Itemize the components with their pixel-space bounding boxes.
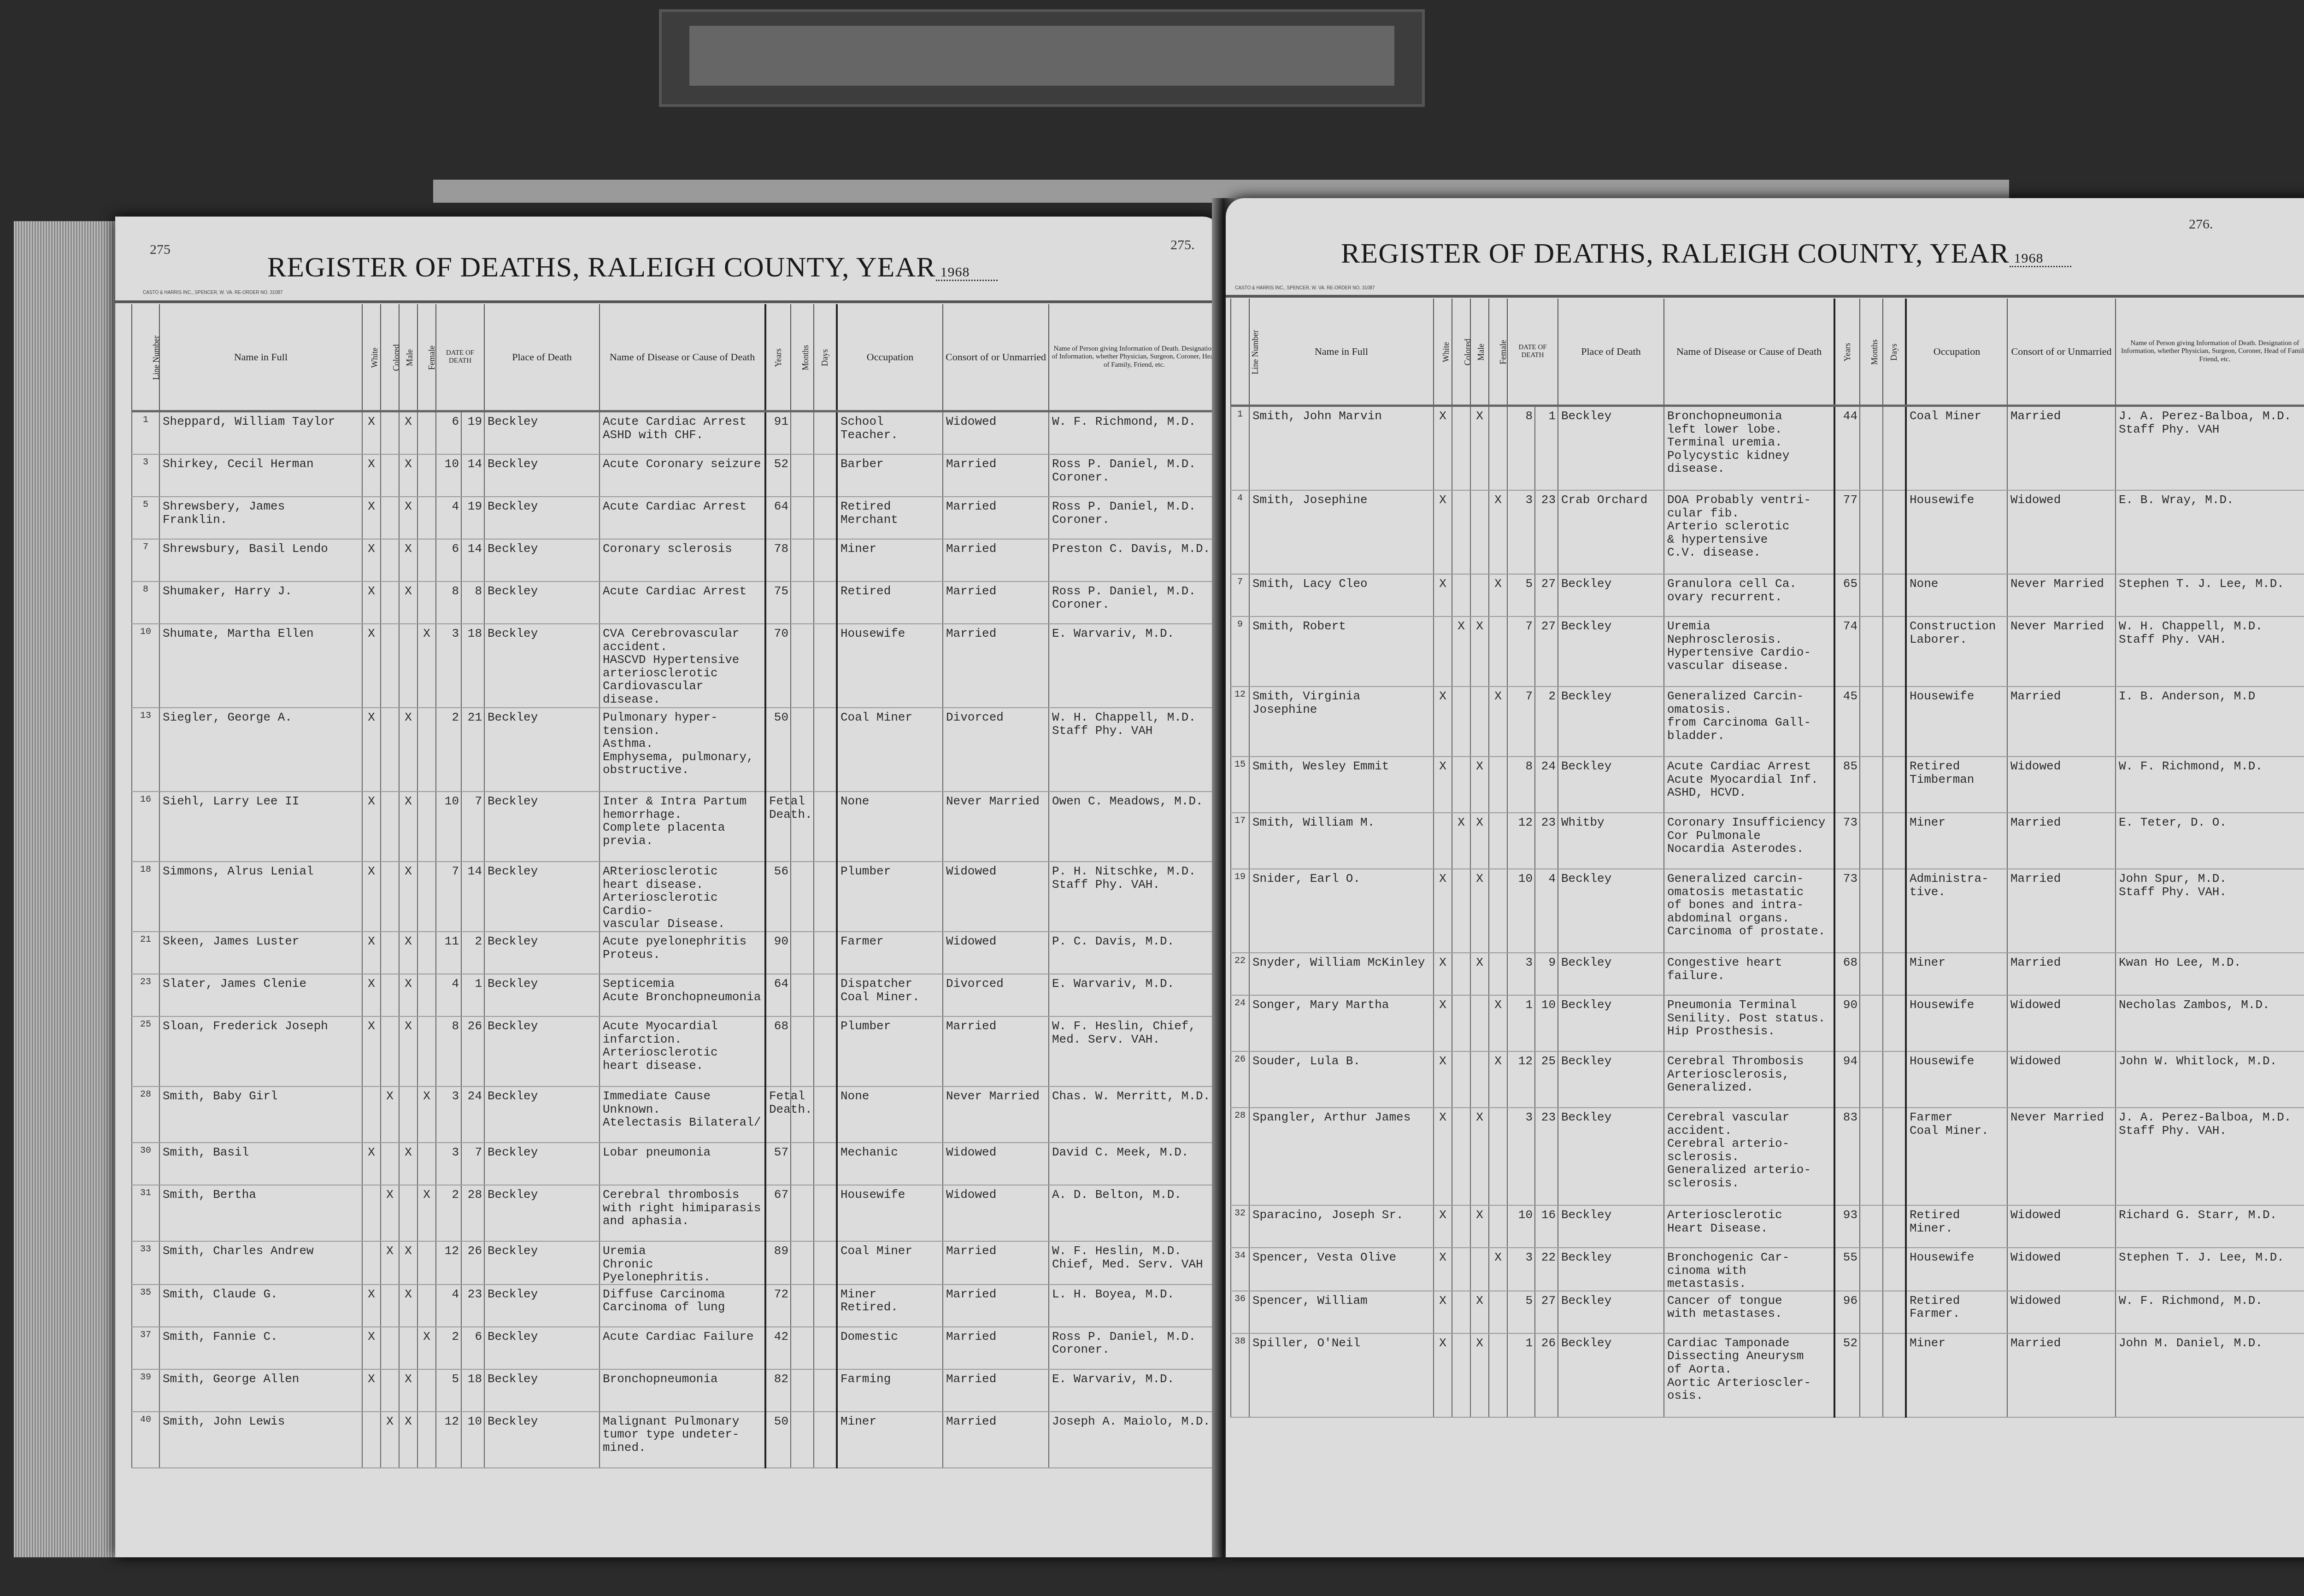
female-mark (417, 974, 436, 1016)
place-cell: Beckley (1558, 1333, 1664, 1417)
consort-cell: Widowed (943, 862, 1049, 932)
colored-mark (1452, 1333, 1470, 1417)
female-mark (417, 1016, 436, 1086)
death-day: 16 (1535, 1205, 1558, 1248)
age-years: Fetal Death. (765, 1086, 791, 1143)
place-cell: Beckley (1558, 757, 1664, 813)
source-cell: Owen C. Meadows, M.D. (1049, 792, 1219, 862)
name-cell: Shumaker, Harry J. (159, 581, 362, 624)
age-months (791, 1285, 814, 1327)
female-mark (417, 1143, 436, 1185)
female-mark (1489, 1291, 1507, 1333)
cause-cell: Septicemia Acute Bronchopneumonia (600, 974, 765, 1016)
table-row: 39Smith, George AllenXX518BeckleyBroncho… (132, 1369, 1219, 1412)
header-rule (1226, 295, 2304, 298)
consort-cell: Married (943, 1241, 1049, 1285)
age-years: 83 (1834, 1108, 1860, 1205)
colored-mark (381, 411, 399, 455)
table-row: 23Slater, James ClenieXX41BeckleySeptice… (132, 974, 1219, 1016)
death-month: 10 (436, 454, 461, 497)
name-cell: Spencer, Vesta Olive (1249, 1248, 1434, 1291)
col-colored: Colored (381, 304, 399, 411)
occupation-cell: Farmer Coal Miner. (1906, 1108, 2007, 1205)
place-cell: Beckley (484, 539, 600, 581)
age-months (1860, 813, 1883, 869)
white-mark: X (362, 624, 381, 708)
consort-cell: Widowed (943, 1185, 1049, 1241)
death-month: 7 (1507, 616, 1535, 687)
death-day: 2 (1535, 687, 1558, 757)
colored-mark (381, 454, 399, 497)
death-day: 18 (461, 1369, 484, 1412)
line-number: 16 (132, 792, 159, 862)
cause-cell: Generalized Carcin- omatosis. from Carci… (1664, 687, 1834, 757)
female-mark: X (1489, 1248, 1507, 1291)
age-months (791, 1412, 814, 1468)
line-number: 24 (1231, 995, 1249, 1051)
age-days (814, 539, 837, 581)
occupation-cell: Retired Farmer. (1906, 1291, 2007, 1333)
source-cell: W. F. Heslin, Chief, Med. Serv. VAH. (1049, 1016, 1219, 1086)
colored-mark (1452, 953, 1470, 995)
cause-cell: Arteriosclerotic Heart Disease. (1664, 1205, 1834, 1248)
death-day: 9 (1535, 953, 1558, 995)
place-cell: Beckley (1558, 1108, 1664, 1205)
age-months (791, 974, 814, 1016)
death-day: 10 (461, 1412, 484, 1468)
source-cell: Ross P. Daniel, M.D. Coroner. (1049, 497, 1219, 539)
age-months (1860, 490, 1883, 574)
male-mark (399, 1327, 417, 1369)
place-cell: Beckley (484, 497, 600, 539)
age-years: 65 (1834, 574, 1860, 616)
occupation-cell: Administra- tive. (1906, 869, 2007, 953)
occupation-cell: Housewife (837, 1185, 943, 1241)
consort-cell: Married (2007, 869, 2116, 953)
cause-cell: Cardiac Tamponade Dissecting Aneurysm of… (1664, 1333, 1834, 1417)
source-cell: P. C. Davis, M.D. (1049, 932, 1219, 974)
source-cell: Joseph A. Maiolo, M.D. (1049, 1412, 1219, 1468)
white-mark: X (1434, 1108, 1452, 1205)
white-mark (362, 1241, 381, 1285)
colored-mark (381, 581, 399, 624)
occupation-cell: None (837, 1086, 943, 1143)
place-cell: Beckley (484, 1016, 600, 1086)
col-name: Name in Full (1249, 299, 1434, 406)
age-months (1860, 869, 1883, 953)
col-white: White (362, 304, 381, 411)
age-months (791, 497, 814, 539)
male-mark: X (399, 1143, 417, 1185)
white-mark: X (1434, 953, 1452, 995)
col-female: Female (1489, 299, 1507, 406)
source-cell: W. F. Richmond, M.D. (2116, 757, 2304, 813)
col-months: Months (791, 304, 814, 411)
name-cell: Sloan, Frederick Joseph (159, 1016, 362, 1086)
cause-cell: Cerebral thrombosis with right himiparas… (600, 1185, 765, 1241)
male-mark: X (399, 497, 417, 539)
cause-cell: Pulmonary hyper- tension. Asthma. Emphys… (600, 708, 765, 792)
place-cell: Beckley (484, 792, 600, 862)
male-mark: X (399, 581, 417, 624)
consort-cell: Married (943, 581, 1049, 624)
consort-cell: Married (943, 1412, 1049, 1468)
age-months (1860, 406, 1883, 491)
male-mark: X (1470, 406, 1489, 491)
name-cell: Shrewsbery, James Franklin. (159, 497, 362, 539)
age-days (814, 1086, 837, 1143)
death-day: 24 (461, 1086, 484, 1143)
table-row: 38Spiller, O'NeilXX126BeckleyCardiac Tam… (1231, 1333, 2304, 1417)
cause-cell: Acute Coronary seizure (600, 454, 765, 497)
occupation-cell: Miner (1906, 813, 2007, 869)
death-month: 7 (1507, 687, 1535, 757)
age-years: 68 (765, 1016, 791, 1086)
table-row: 28Spangler, Arthur JamesXX323BeckleyCere… (1231, 1108, 2304, 1205)
death-month: 10 (436, 792, 461, 862)
table-row: 28Smith, Baby GirlXX324BeckleyImmediate … (132, 1086, 1219, 1143)
source-cell: Ross P. Daniel, M.D. Coroner. (1049, 1327, 1219, 1369)
table-row: 19Snider, Earl O.XX104BeckleyGeneralized… (1231, 869, 2304, 953)
colored-mark: X (1452, 813, 1470, 869)
line-number: 15 (1231, 757, 1249, 813)
occupation-cell: Coal Miner (1906, 406, 2007, 491)
source-cell: J. A. Perez-Balboa, M.D. Staff Phy. VAH (2116, 406, 2304, 491)
source-cell: E. Warvariv, M.D. (1049, 974, 1219, 1016)
source-cell: David C. Meek, M.D. (1049, 1143, 1219, 1185)
female-mark: X (417, 1086, 436, 1143)
death-day: 14 (461, 539, 484, 581)
line-number: 5 (132, 497, 159, 539)
background-binder-strip (659, 9, 1425, 107)
occupation-cell: School Teacher. (837, 411, 943, 455)
table-row: 1Smith, John MarvinXX81BeckleyBronchopne… (1231, 406, 2304, 491)
age-months (1860, 574, 1883, 616)
age-days (1883, 574, 1906, 616)
title-year: 1968 (2010, 251, 2071, 267)
age-days (814, 1241, 837, 1285)
occupation-cell: Construction Laborer. (1906, 616, 2007, 687)
consort-cell: Married (2007, 953, 2116, 995)
death-day: 28 (461, 1185, 484, 1241)
white-mark: X (362, 539, 381, 581)
colored-mark (1452, 869, 1470, 953)
death-day: 23 (1535, 1108, 1558, 1205)
age-years: 67 (765, 1185, 791, 1241)
age-years: 55 (1834, 1248, 1860, 1291)
source-cell: Ross P. Daniel, M.D. Coroner. (1049, 454, 1219, 497)
place-cell: Beckley (1558, 687, 1664, 757)
line-number: 33 (132, 1241, 159, 1285)
line-number: 23 (132, 974, 159, 1016)
col-place: Place of Death (484, 304, 600, 411)
cause-cell: Lobar pneumonia (600, 1143, 765, 1185)
female-mark (417, 411, 436, 455)
cause-cell: ARteriosclerotic heart disease. Arterios… (600, 862, 765, 932)
name-cell: Spiller, O'Neil (1249, 1333, 1434, 1417)
male-mark (1470, 1051, 1489, 1108)
colored-mark: X (381, 1185, 399, 1241)
male-mark: X (399, 1369, 417, 1412)
colored-mark (1452, 1051, 1470, 1108)
name-cell: Shrewsbury, Basil Lendo (159, 539, 362, 581)
colored-mark (381, 1327, 399, 1369)
death-register-table-right: Line Number Name in Full White Colored M… (1230, 299, 2304, 1418)
name-cell: Snyder, William McKinley (1249, 953, 1434, 995)
age-days (1883, 995, 1906, 1051)
age-days (814, 708, 837, 792)
line-number: 37 (132, 1327, 159, 1369)
male-mark: X (399, 1016, 417, 1086)
cause-cell: Acute Cardiac Arrest Acute Myocardial In… (1664, 757, 1834, 813)
place-cell: Beckley (484, 1412, 600, 1468)
age-days (1883, 1333, 1906, 1417)
table-row: 31Smith, BerthaXX228BeckleyCerebral thro… (132, 1185, 1219, 1241)
table-row: 25Sloan, Frederick JosephXX826BeckleyAcu… (132, 1016, 1219, 1086)
female-mark (417, 497, 436, 539)
colored-mark (1452, 995, 1470, 1051)
death-day: 14 (461, 454, 484, 497)
printer-imprint: CASTO & HARRIS INC., SPENCER, W. VA. RE-… (1235, 286, 1375, 291)
white-mark: X (362, 1016, 381, 1086)
cause-cell: Pneumonia Terminal Senility. Post status… (1664, 995, 1834, 1051)
name-cell: Smith, Bertha (159, 1185, 362, 1241)
death-month: 3 (1507, 953, 1535, 995)
occupation-cell: Mechanic (837, 1143, 943, 1185)
age-years: 45 (1834, 687, 1860, 757)
female-mark (417, 708, 436, 792)
male-mark: X (1470, 953, 1489, 995)
colored-mark (381, 1369, 399, 1412)
source-cell: John Spur, M.D. Staff Phy. VAH. (2116, 869, 2304, 953)
white-mark: X (362, 1369, 381, 1412)
age-years: 90 (1834, 995, 1860, 1051)
col-months: Months (1860, 299, 1883, 406)
occupation-cell: Coal Miner (837, 708, 943, 792)
source-cell: E. B. Wray, M.D. (2116, 490, 2304, 574)
age-days (814, 862, 837, 932)
age-years: 96 (1834, 1291, 1860, 1333)
death-month: 8 (1507, 406, 1535, 491)
age-years: 77 (1834, 490, 1860, 574)
occupation-cell: Housewife (837, 624, 943, 708)
consort-cell: Never Married (2007, 574, 2116, 616)
age-years: Fetal Death. (765, 792, 791, 862)
name-cell: Smith, Charles Andrew (159, 1241, 362, 1285)
page-title: REGISTER OF DEATHS, RALEIGH COUNTY, YEAR… (267, 251, 998, 284)
table-row: 34Spencer, Vesta OliveXX322BeckleyBronch… (1231, 1248, 2304, 1291)
death-day: 6 (461, 1327, 484, 1369)
page-title-right: REGISTER OF DEATHS, RALEIGH COUNTY, YEAR… (1341, 237, 2071, 270)
consort-cell: Widowed (2007, 1051, 2116, 1108)
occupation-cell: Coal Miner (837, 1241, 943, 1285)
source-cell: Richard G. Starr, M.D. (2116, 1205, 2304, 1248)
age-days (1883, 1051, 1906, 1108)
white-mark: X (362, 792, 381, 862)
cause-cell: Coronary Insufficiency Cor Pulmonale Noc… (1664, 813, 1834, 869)
age-months (791, 454, 814, 497)
white-mark: X (362, 1143, 381, 1185)
place-cell: Beckley (1558, 953, 1664, 995)
white-mark: X (1434, 995, 1452, 1051)
cause-cell: Congestive heart failure. (1664, 953, 1834, 995)
age-years: 73 (1834, 813, 1860, 869)
female-mark (417, 862, 436, 932)
white-mark: X (1434, 757, 1452, 813)
white-mark (362, 1412, 381, 1468)
place-cell: Beckley (1558, 1291, 1664, 1333)
place-cell: Beckley (484, 708, 600, 792)
death-day: 18 (461, 624, 484, 708)
page-number-stamp: 275. (1170, 237, 1195, 253)
white-mark: X (362, 411, 381, 455)
white-mark: X (362, 1327, 381, 1369)
colored-mark (381, 862, 399, 932)
male-mark: X (399, 792, 417, 862)
line-number: 8 (132, 581, 159, 624)
age-days (814, 974, 837, 1016)
consort-cell: Married (943, 454, 1049, 497)
cause-cell: Cerebral Thrombosis Arteriosclerosis, Ge… (1664, 1051, 1834, 1108)
age-days (1883, 490, 1906, 574)
name-cell: Smith, Claude G. (159, 1285, 362, 1327)
age-months (1860, 1051, 1883, 1108)
name-cell: Smith, Baby Girl (159, 1086, 362, 1143)
female-mark: X (1489, 1051, 1507, 1108)
colored-mark (1452, 687, 1470, 757)
age-years: 85 (1834, 757, 1860, 813)
source-cell: W. F. Richmond, M.D. (2116, 1291, 2304, 1333)
consort-cell: Widowed (2007, 995, 2116, 1051)
death-month: 12 (1507, 813, 1535, 869)
age-months (791, 624, 814, 708)
male-mark: X (399, 862, 417, 932)
white-mark (1434, 616, 1452, 687)
white-mark: X (1434, 490, 1452, 574)
age-days (814, 1143, 837, 1185)
place-cell: Beckley (484, 624, 600, 708)
age-years: 94 (1834, 1051, 1860, 1108)
table-row: 10Shumate, Martha EllenXX318BeckleyCVA C… (132, 624, 1219, 708)
age-days (814, 1327, 837, 1369)
white-mark: X (362, 1285, 381, 1327)
age-days (1883, 1205, 1906, 1248)
colored-mark (1452, 1108, 1470, 1205)
place-cell: Beckley (484, 1185, 600, 1241)
age-months (791, 862, 814, 932)
col-line-number: Line Number (132, 304, 159, 411)
place-cell: Beckley (484, 1241, 600, 1285)
white-mark: X (1434, 1051, 1452, 1108)
death-month: 12 (436, 1241, 461, 1285)
consort-cell: Married (943, 624, 1049, 708)
line-number: 34 (1231, 1248, 1249, 1291)
place-cell: Beckley (484, 1143, 600, 1185)
death-month: 3 (436, 1143, 461, 1185)
line-number: 13 (132, 708, 159, 792)
age-months (1860, 995, 1883, 1051)
page-number-left: 275 (150, 242, 170, 258)
female-mark (1489, 757, 1507, 813)
death-day: 14 (461, 862, 484, 932)
name-cell: Smith, George Allen (159, 1369, 362, 1412)
place-cell: Beckley (484, 581, 600, 624)
male-mark (1470, 574, 1489, 616)
age-months (1860, 1108, 1883, 1205)
female-mark (1489, 953, 1507, 995)
consort-cell: Married (943, 497, 1049, 539)
occupation-cell: Miner (1906, 1333, 2007, 1417)
male-mark: X (399, 1285, 417, 1327)
name-cell: Smith, Virginia Josephine (1249, 687, 1434, 757)
name-cell: Smith, John Marvin (1249, 406, 1434, 491)
female-mark: X (1489, 490, 1507, 574)
death-month: 8 (436, 1016, 461, 1086)
colored-mark: X (381, 1241, 399, 1285)
line-number: 28 (132, 1086, 159, 1143)
female-mark (1489, 813, 1507, 869)
female-mark: X (417, 624, 436, 708)
place-cell: Beckley (1558, 1248, 1664, 1291)
colored-mark (381, 539, 399, 581)
male-mark (1470, 687, 1489, 757)
occupation-cell: Retired Timberman (1906, 757, 2007, 813)
line-number: 22 (1231, 953, 1249, 995)
cause-cell: Generalized carcin- omatosis metastatic … (1664, 869, 1834, 953)
death-month: 10 (1507, 1205, 1535, 1248)
line-number: 1 (132, 411, 159, 455)
line-number: 31 (132, 1185, 159, 1241)
male-mark (399, 1086, 417, 1143)
age-months (791, 708, 814, 792)
female-mark: X (417, 1185, 436, 1241)
male-mark: X (399, 454, 417, 497)
female-mark (417, 539, 436, 581)
age-months (791, 411, 814, 455)
death-day: 21 (461, 708, 484, 792)
death-day: 26 (461, 1241, 484, 1285)
cause-cell: Uremia Nephrosclerosis. Hypertensive Car… (1664, 616, 1834, 687)
death-day: 8 (461, 581, 484, 624)
death-month: 7 (436, 862, 461, 932)
place-cell: Beckley (1558, 406, 1664, 491)
female-mark (1489, 869, 1507, 953)
entries-right: 1Smith, John MarvinXX81BeckleyBronchopne… (1231, 406, 2304, 1417)
table-row: 36Spencer, WilliamXX527BeckleyCancer of … (1231, 1291, 2304, 1333)
col-disease: Name of Disease or Cause of Death (600, 304, 765, 411)
name-cell: Smith, Wesley Emmit (1249, 757, 1434, 813)
death-month: 6 (436, 539, 461, 581)
male-mark: X (1470, 813, 1489, 869)
occupation-cell: Domestic (837, 1327, 943, 1369)
death-day: 23 (1535, 490, 1558, 574)
white-mark: X (362, 708, 381, 792)
death-month: 3 (436, 624, 461, 708)
table-row: 22Snyder, William McKinleyXX39BeckleyCon… (1231, 953, 2304, 995)
line-number: 7 (1231, 574, 1249, 616)
age-years: 50 (765, 1412, 791, 1468)
place-cell: Beckley (1558, 1051, 1664, 1108)
occupation-cell: Housewife (1906, 490, 2007, 574)
male-mark: X (399, 1412, 417, 1468)
line-number: 1 (1231, 406, 1249, 491)
age-days (1883, 813, 1906, 869)
line-number: 7 (132, 539, 159, 581)
line-number: 32 (1231, 1205, 1249, 1248)
cause-cell: Malignant Pulmonary tumor type undeter- … (600, 1412, 765, 1468)
death-month: 4 (436, 1285, 461, 1327)
line-number: 17 (1231, 813, 1249, 869)
